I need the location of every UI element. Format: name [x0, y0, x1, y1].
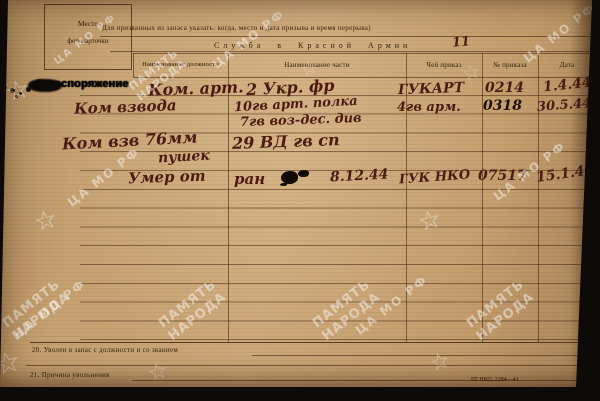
- vignette: [0, 0, 600, 387]
- record-card: Место фотокарточки Для призванных из зап…: [0, 0, 600, 387]
- scanned-record-card-page: Место фотокарточки Для призванных из зап…: [0, 0, 600, 401]
